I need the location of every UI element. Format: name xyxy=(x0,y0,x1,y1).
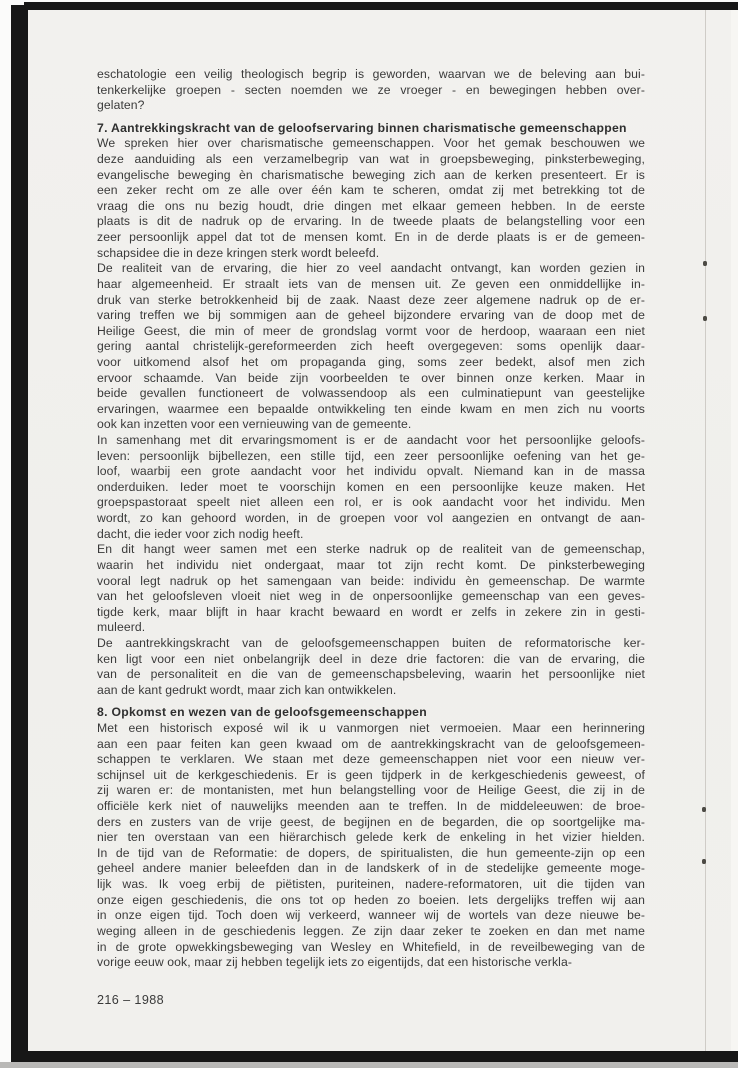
section-heading: 8. Opkomst en wezen van de geloofsgemeen… xyxy=(97,705,645,721)
text-line: voor uitkomend alsof het om propaganda g… xyxy=(97,355,645,371)
text-line: ken ligt voor een niet onbelangrijk deel… xyxy=(97,652,645,668)
page-number: 216 – 1988 xyxy=(97,993,164,1007)
text-line: Heilige Geest, die min of meer de gronds… xyxy=(97,324,645,340)
text-line: In de tijd van de Reformatie: de dopers,… xyxy=(97,846,645,862)
text-line: schapsidee die in deze kringen sterk wor… xyxy=(97,246,645,262)
text-line: in de grote opwekkingsbeweging van Wesle… xyxy=(97,940,645,956)
text-line: loof, waarbij een grote aandacht voor he… xyxy=(97,464,645,480)
text-line: druk van sterke betrokkenheid bij de zaa… xyxy=(97,293,645,309)
page-crease-line xyxy=(705,10,706,1051)
scan-speck xyxy=(703,316,707,321)
text-line: ook kan inzetten voor een vernieuwing va… xyxy=(97,417,645,433)
text-line: En dit hangt weer samen met een sterke n… xyxy=(97,542,645,558)
text-line: eschatologie een veilig theologisch begr… xyxy=(97,67,645,83)
scan-border-left xyxy=(11,5,28,1062)
text-line: deze aanduiding als een verzamelbegrip v… xyxy=(97,152,645,168)
document-page: eschatologie een veilig theologisch begr… xyxy=(28,10,738,1051)
paragraph: En dit hangt weer samen met een sterke n… xyxy=(97,542,645,636)
section-heading: 7. Aantrekkingskracht van de geloofserva… xyxy=(97,121,645,137)
text-line: weging alleen in de geschiedenis leggen.… xyxy=(97,924,645,940)
scan-speck xyxy=(703,261,707,266)
text-line: dacht, die ieder voor zich nodig heeft. xyxy=(97,527,645,543)
text-line: aan de kant gedrukt wordt, maar zich kan… xyxy=(97,683,645,699)
scan-speck xyxy=(702,859,706,864)
scan-speck xyxy=(702,807,706,812)
paragraph: De realiteit van de ervaring, die hier z… xyxy=(97,261,645,433)
text-line: tigde kerk, maar blijft in haar kracht b… xyxy=(97,605,645,621)
text-line: gering aantal christelijk-gereformeerden… xyxy=(97,339,645,355)
scanned-document-view: eschatologie een veilig theologisch begr… xyxy=(0,0,738,1068)
paragraph: We spreken hier over charismatische geme… xyxy=(97,136,645,261)
text-line: schappen te verklaren. We staan met deze… xyxy=(97,752,645,768)
text-line: ervaringen, waarmee een bepaalde ontwikk… xyxy=(97,402,645,418)
page-edge-highlight xyxy=(731,10,738,1051)
text-line: De realiteit van de ervaring, die hier z… xyxy=(97,261,645,277)
scan-border-top xyxy=(24,2,738,10)
text-line: aan een paar feiten kan geen kwaad om de… xyxy=(97,737,645,753)
scan-margin-bottom xyxy=(0,1062,738,1068)
text-column: eschatologie een veilig theologisch begr… xyxy=(97,67,645,971)
text-line: onze eigen geschiedenis, die ons tot op … xyxy=(97,893,645,909)
text-line: van de personaliteit en die van de gemee… xyxy=(97,667,645,683)
text-line: vorige eeuw ook, maar zij hebben tegelij… xyxy=(97,955,645,971)
text-line: wordt, zo kan gehoord worden, in de groe… xyxy=(97,511,645,527)
text-line: vraag die ons nu bezig houdt, drie dinge… xyxy=(97,199,645,215)
text-line: groepspastoraat speelt niet alleen een r… xyxy=(97,495,645,511)
text-line: De aantrekkingskracht van de geloofsgeme… xyxy=(97,636,645,652)
text-line: zij waren er: de montanisten, met hun be… xyxy=(97,783,645,799)
text-line: haar algemeenheid. Er straalt iets van d… xyxy=(97,277,645,293)
text-line: officiële kerk niet of nauwelijks meende… xyxy=(97,799,645,815)
text-line: In samenhang met dit ervaringsmoment is … xyxy=(97,433,645,449)
text-line: onderduiken. Ieder moet te voorschijn ko… xyxy=(97,480,645,496)
text-line: beide gevallen functioneert de volwassen… xyxy=(97,386,645,402)
text-line: ervoor schaamde. Van beide zijn voorbeel… xyxy=(97,371,645,387)
text-line: muleerd. xyxy=(97,620,645,636)
text-line: waarin het individu niet ondergaat, maar… xyxy=(97,558,645,574)
text-line: schijnsel uit de kerkgeschiedenis. Er is… xyxy=(97,768,645,784)
paragraph: Met een historisch exposé wil ik u vanmo… xyxy=(97,721,645,971)
text-line: lijk was. Ik voeg erbij de piëtisten, pu… xyxy=(97,877,645,893)
text-line: in onze eigen tijd. Toch doen wij verkee… xyxy=(97,908,645,924)
paragraph: De aantrekkingskracht van de geloofsgeme… xyxy=(97,636,645,698)
text-line: zeer persoonlijk appel dat tot de mensen… xyxy=(97,230,645,246)
text-line: plaats is dit de nadruk op de ervaring. … xyxy=(97,214,645,230)
text-line: vooral legt nadruk op het samengaan van … xyxy=(97,574,645,590)
text-line: gelaten? xyxy=(97,98,645,114)
text-line: leven: persoonlijk bijbellezen, een stil… xyxy=(97,449,645,465)
text-line: tenkerkelijke groepen - secten noemden w… xyxy=(97,83,645,99)
scan-border-bottom xyxy=(11,1051,738,1062)
text-line: nier ten overstaan van een hiërarchisch … xyxy=(97,830,645,846)
text-line: ders en zusters van de vrije geest, de b… xyxy=(97,815,645,831)
paragraph: In samenhang met dit ervaringsmoment is … xyxy=(97,433,645,542)
text-line: Met een historisch exposé wil ik u vanmo… xyxy=(97,721,645,737)
text-line: We spreken hier over charismatische geme… xyxy=(97,136,645,152)
paragraph: eschatologie een veilig theologisch begr… xyxy=(97,67,645,114)
text-line: een zeker recht om ze alle over één kam … xyxy=(97,183,645,199)
text-line: evangelische beweging èn charismatische … xyxy=(97,168,645,184)
text-line: geheel andere manier beleefden dan in de… xyxy=(97,861,645,877)
text-line: van het geloofsleven vloeit niet weg in … xyxy=(97,589,645,605)
text-line: varing treffen we bij sommigen aan de ge… xyxy=(97,308,645,324)
